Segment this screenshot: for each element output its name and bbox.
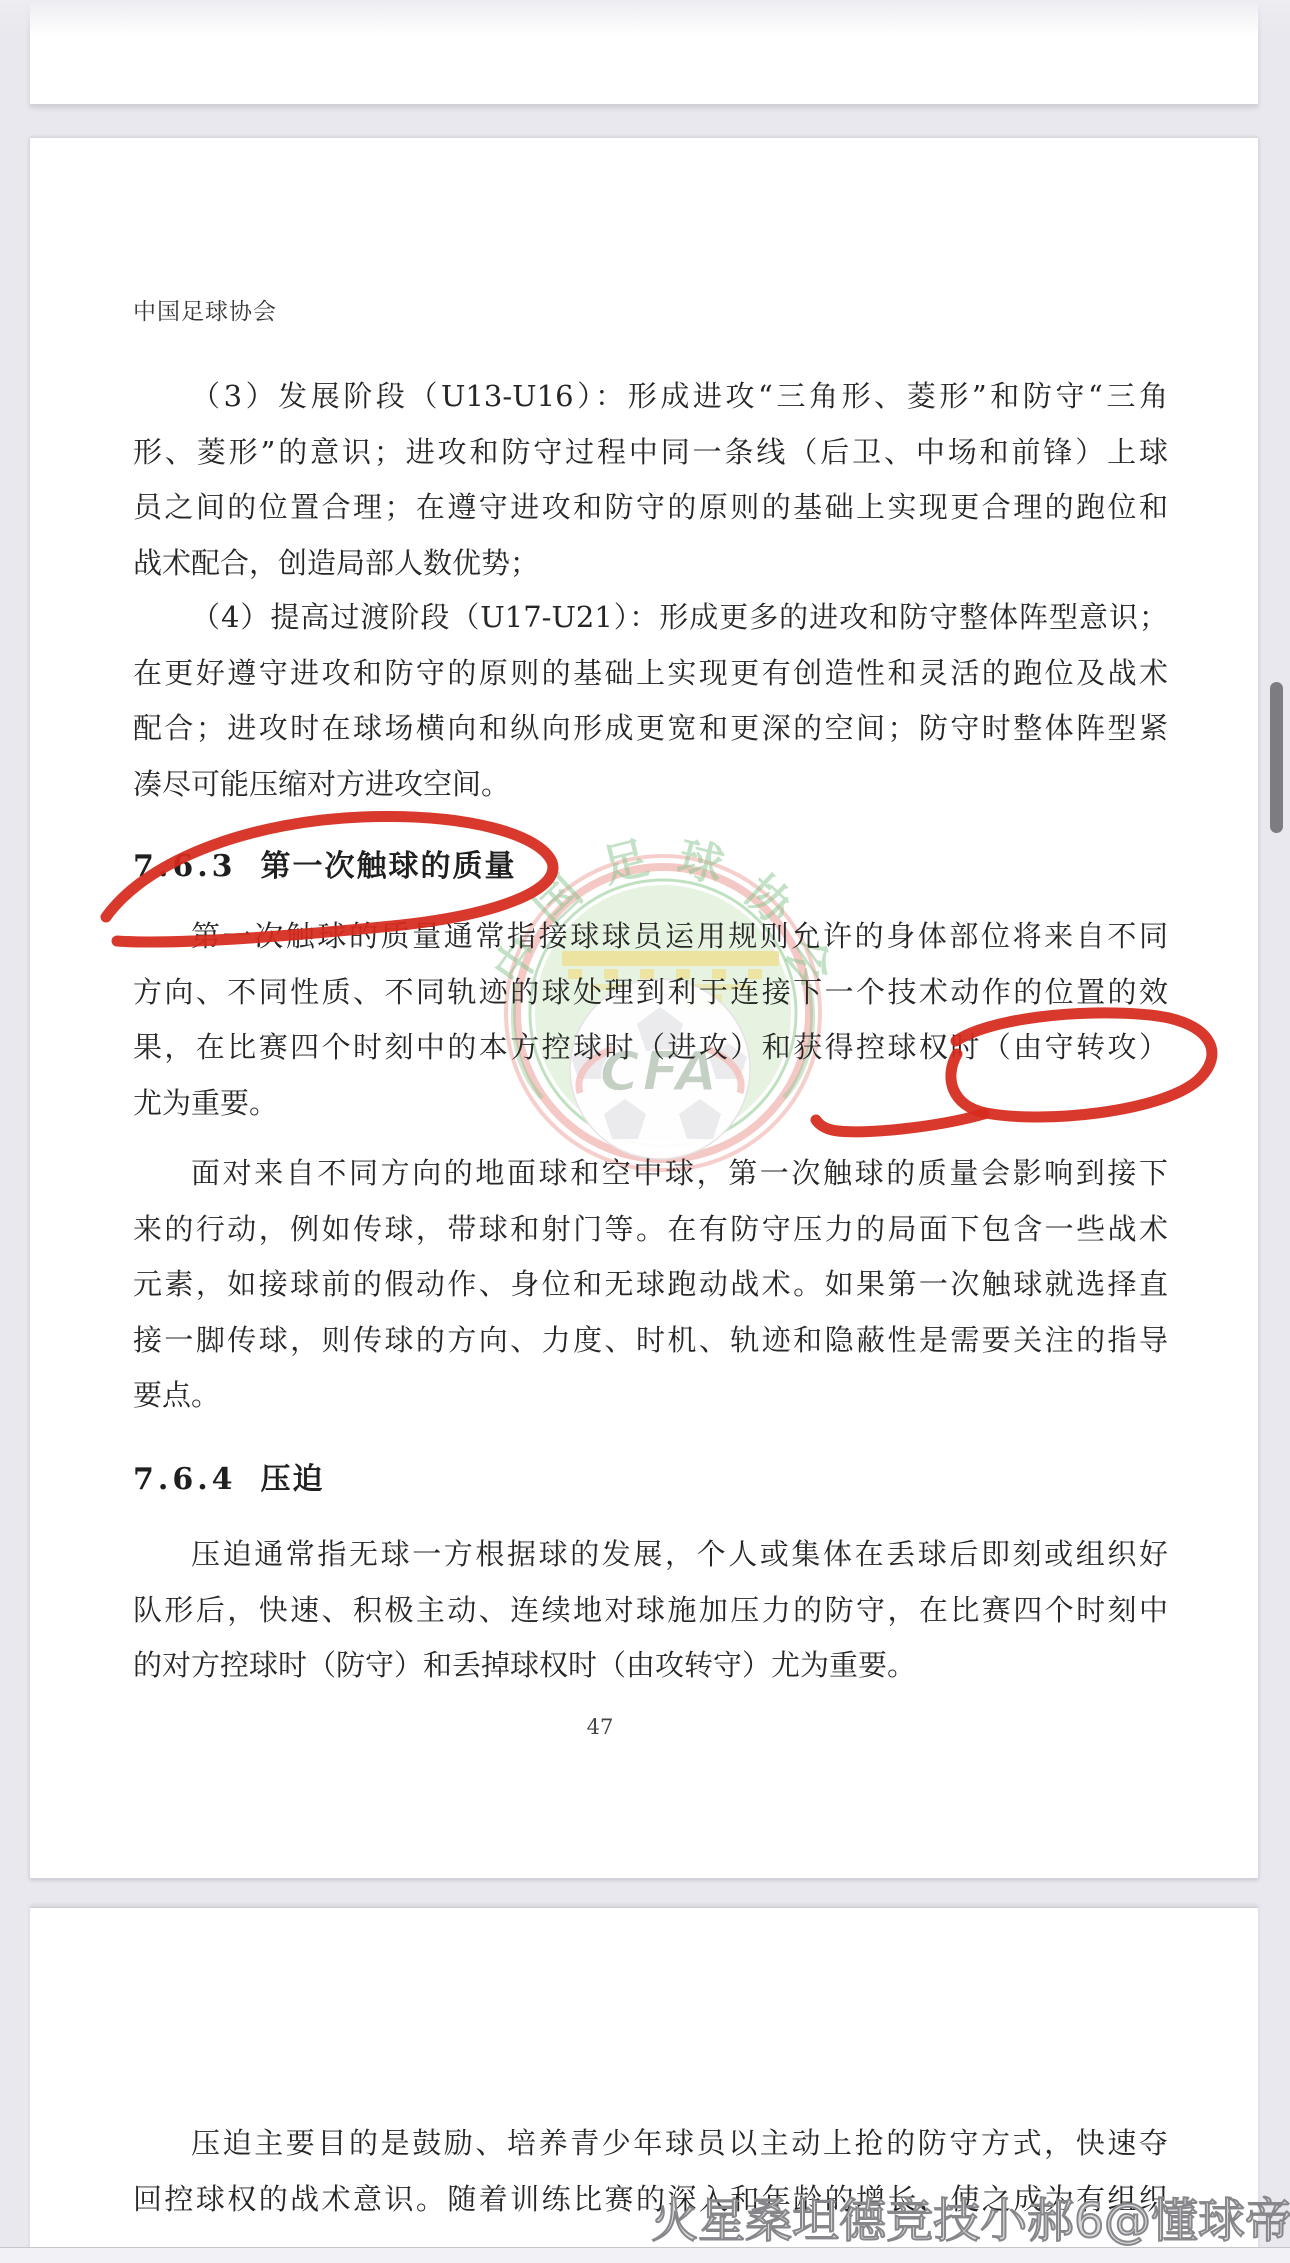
paragraph-development-stage: （3）发展阶段（U13-U16）：形成进攻“三角形、菱形”和防守“三角形、菱形”… xyxy=(133,369,1168,591)
text-line: 战术配合，创造局部人数优势； xyxy=(133,536,1168,592)
text-line: （4）提高过渡阶段（U17-U21）：形成更多的进攻和防守整体阵型意识； xyxy=(133,590,1168,646)
text-line: 接一脚传球，则传球的方向、力度、时机、轨迹和隐蔽性是需要关注的指导 xyxy=(133,1313,1168,1369)
logo-arc-char: 足 xyxy=(597,831,654,893)
section-title: 第一次触球的质量 xyxy=(261,849,517,884)
logo-arc-char: 球 xyxy=(672,831,729,893)
section-heading-7-6-4: 7.6.4压迫 xyxy=(133,1462,325,1498)
text-line: 配合；进攻时在球场横向和纵向形成更宽和更深的空间；防守时整体阵型紧 xyxy=(133,701,1168,757)
text-line: 要点。 xyxy=(133,1368,1168,1424)
text-line: 元素，如接球前的假动作、身位和无球跑动战术。如果第一次触球就选择直 xyxy=(133,1257,1168,1313)
page-47-sheet: CFA 中国足球协会 中国足球协会 （3）发展阶段（U13-U16）：形成进攻“… xyxy=(30,137,1258,1879)
text-line: 队形后，快速、积极主动、连续地对球施加压力的防守，在比赛四个时刻中 xyxy=(133,1583,1168,1639)
text-line: （3）发展阶段（U13-U16）：形成进攻“三角形、菱形”和防守“三角 xyxy=(133,369,1168,425)
section-number: 7.6.4 xyxy=(133,1462,237,1497)
text-line: 凑尽可能压缩对方进攻空间。 xyxy=(133,757,1168,813)
text-line: 来的行动，例如传球，带球和射门等。在有防守压力的局面下包含一些战术 xyxy=(133,1202,1168,1258)
bottom-band xyxy=(0,2248,1290,2263)
credit-watermark-text: 火星桑坦德竞技小郝6@懂球帝 xyxy=(651,2197,1290,2247)
text-line: 压迫通常指无球一方根据球的发展，个人或集体在丢球后即刻或组织好 xyxy=(133,1527,1168,1583)
text-line: 方向、不同性质、不同轨迹的球处理到利于连接下一个技术动作的位置的效 xyxy=(133,965,1168,1021)
text-line: 在更好遵守进攻和防守的原则的基础上实现更有创造性和灵活的跑位及战术 xyxy=(133,646,1168,702)
paragraph-pressing: 压迫通常指无球一方根据球的发展，个人或集体在丢球后即刻或组织好队形后，快速、积极… xyxy=(133,1527,1168,1694)
doc-header-org-name: 中国足球协会 xyxy=(133,293,277,326)
page-number: 47 xyxy=(540,1715,660,1739)
paragraph-first-touch-2: 面对来自不同方向的地面球和空中球，第一次触球的质量会影响到接下来的行动，例如传球… xyxy=(133,1146,1168,1424)
text-line: 压迫主要目的是鼓励、培养青少年球员以主动上抢的防守方式，快速夺 xyxy=(133,2116,1168,2172)
document-viewer: CFA 中国足球协会 中国足球协会 （3）发展阶段（U13-U16）：形成进攻“… xyxy=(0,0,1290,2263)
text-line: 面对来自不同方向的地面球和空中球，第一次触球的质量会影响到接下 xyxy=(133,1146,1168,1202)
scrollbar-thumb[interactable] xyxy=(1270,682,1283,833)
text-line: 果，在比赛四个时刻中的本方控球时（进攻）和获得控球权时（由守转攻） xyxy=(133,1020,1168,1076)
paragraph-first-touch-1: 第一次触球的质量通常指接球球员运用规则允许的身体部位将来自不同方向、不同性质、不… xyxy=(133,909,1168,1131)
text-line: 形、菱形”的意识；进攻和防守过程中同一条线（后卫、中场和前锋）上球 xyxy=(133,425,1168,481)
text-line: 尤为重要。 xyxy=(133,1076,1168,1132)
section-title: 压迫 xyxy=(261,1462,325,1497)
paragraph-transition-stage: （4）提高过渡阶段（U17-U21）：形成更多的进攻和防守整体阵型意识；在更好遵… xyxy=(133,590,1168,812)
text-line: 的对方控球时（防守）和丢掉球权时（由攻转守）尤为重要。 xyxy=(133,1638,1168,1694)
text-line: 第一次触球的质量通常指接球球员运用规则允许的身体部位将来自不同 xyxy=(133,909,1168,965)
text-line: 员之间的位置合理；在遵守进攻和防守的原则的基础上实现更合理的跑位和 xyxy=(133,480,1168,536)
section-number: 7.6.3 xyxy=(133,849,237,884)
previous-page-sheet xyxy=(30,0,1258,105)
section-heading-7-6-3: 7.6.3第一次触球的质量 xyxy=(133,849,517,885)
